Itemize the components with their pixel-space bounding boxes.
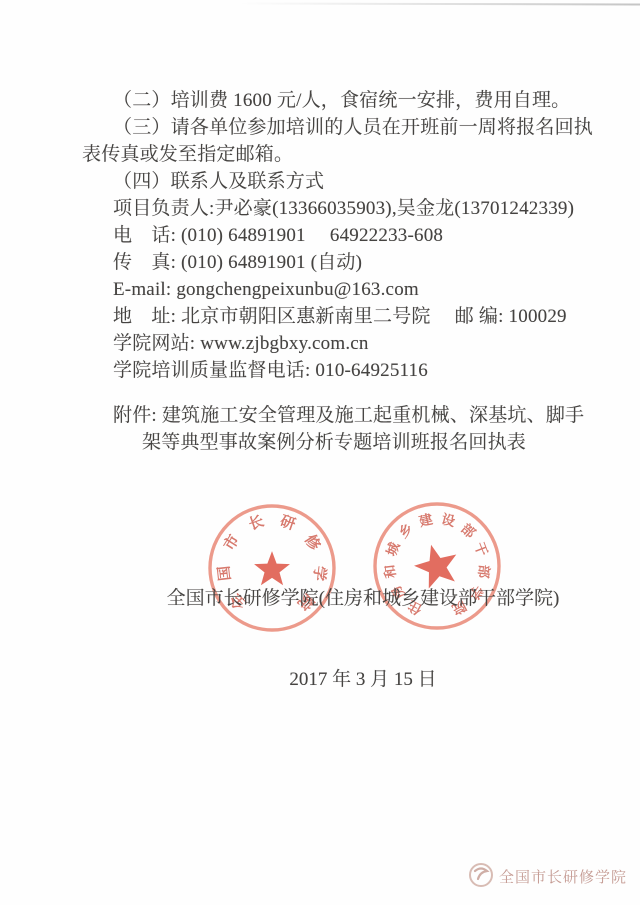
signature-block: 全国市长研修学院(住房和城乡建设部干部学院) 2017 年 3 月 15 日	[0, 531, 640, 747]
scanned-document-page: 全国市长研修学院 住房和城乡建设部干部学院 （二）培训费 1600 元/人，食宿…	[0, 0, 640, 905]
document-body: （二）培训费 1600 元/人，食宿统一安排，费用自理。（三）请各单位参加培训的…	[82, 87, 602, 456]
text-line: 项目负责人:尹必豪(13366035903),吴金龙(13701242339)	[82, 195, 602, 222]
text-line: （四）联系人及联系方式	[82, 168, 602, 195]
text-line: 架等典型事故案例分析专题培训班报名回执表	[82, 429, 602, 456]
text-line: 附件: 建筑施工安全管理及施工起重机械、深基坑、脚手	[82, 402, 602, 429]
scan-artifact-line	[238, 2, 640, 5]
text-line: E-mail: gongchengpeixunbu@163.com	[82, 276, 602, 303]
text-line: （二）培训费 1600 元/人，食宿统一安排，费用自理。	[82, 87, 602, 114]
text-line: 学院培训质量监督电话: 010-64925116	[82, 357, 602, 384]
signature-org: 全国市长研修学院(住房和城乡建设部干部学院)	[43, 585, 640, 612]
text-line: 传 真: (010) 64891901 (自动)	[82, 249, 602, 276]
swirl-logo-icon	[464, 858, 498, 892]
text-line: 地 址: 北京市朝阳区惠新南里二号院 邮 编: 100029	[82, 303, 602, 330]
seal-ring-character: 建	[417, 510, 434, 529]
text-line: 电 话: (010) 64891901 64922233-608	[82, 222, 602, 249]
signature-date: 2017 年 3 月 15 日	[43, 666, 640, 693]
text-line: 表传真或发至指定邮箱。	[82, 141, 602, 168]
footer-brand-name: 全国市长研修学院	[499, 866, 627, 887]
seal-ring-character: 设	[440, 511, 457, 530]
text-line: 学院网站: www.zjbgbxy.com.cn	[82, 330, 602, 357]
text-line: （三）请各单位参加培训的人员在开班前一周将报名回执	[82, 114, 602, 141]
